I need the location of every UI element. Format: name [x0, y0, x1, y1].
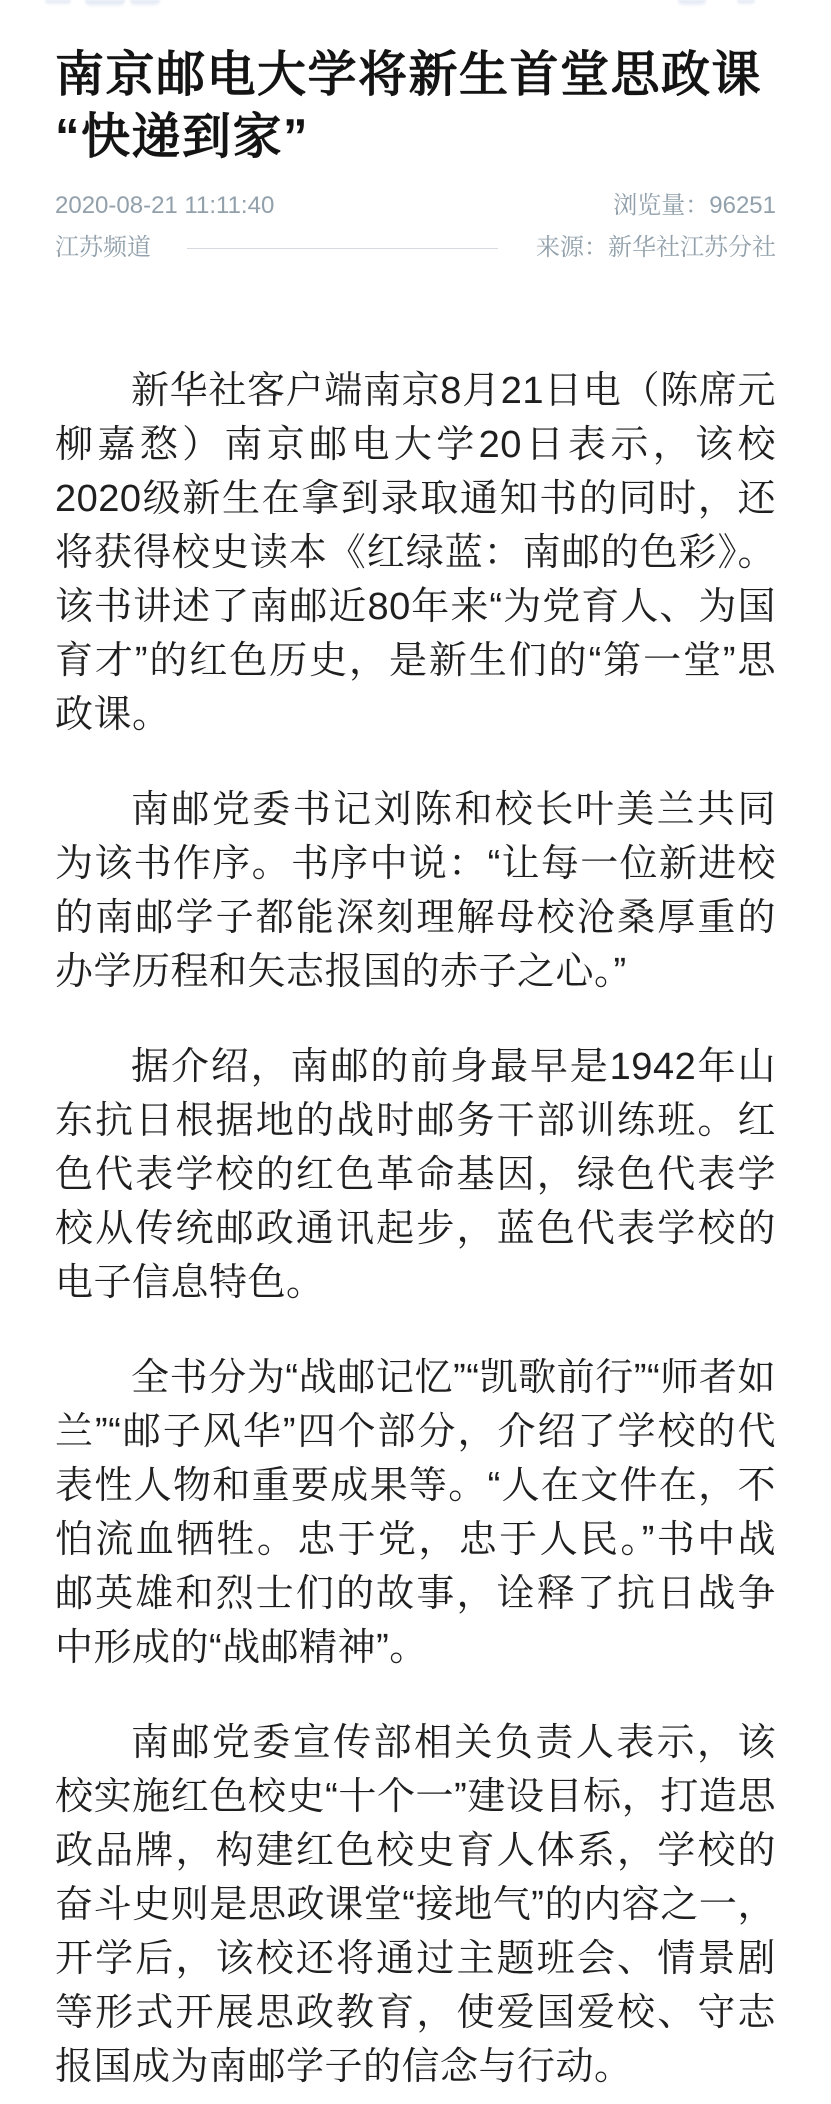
article-paragraph: 南邮党委书记刘陈和校长叶美兰共同为该书作序。书序中说：“让每一位新进校的南邮学子…: [55, 783, 776, 999]
channel-link[interactable]: 江苏频道: [55, 232, 151, 264]
view-count: 浏览量：96251: [613, 190, 776, 222]
article-title-line-2: “快递到家”: [55, 106, 776, 168]
article-paragraph: 据介绍，南邮的前身最早是1942年山东抗日根据地的战时邮务干部训练班。红色代表学…: [55, 1040, 776, 1310]
article-paragraph: 全书分为“战邮记忆”“凯歌前行”“师者如兰”“邮子风华”四个部分，介绍了学校的代…: [55, 1351, 776, 1675]
article-title: 南京邮电大学将新生首堂思政课 “快递到家”: [55, 44, 776, 168]
news-article-page: 南京邮电大学将新生首堂思政课 “快递到家” 2020-08-21 11:11:4…: [0, 0, 831, 2104]
article-body: 新华社客户端南京8月21日电（陈席元 柳嘉愗）南京邮电大学20日表示，该校202…: [55, 364, 776, 2094]
article-title-line-1: 南京邮电大学将新生首堂思政课: [55, 44, 776, 106]
article-paragraph: 南邮党委宣传部相关负责人表示，该校实施红色校史“十个一”建设目标，打造思政品牌，…: [55, 1716, 776, 2094]
article-paragraph: 新华社客户端南京8月21日电（陈席元 柳嘉愗）南京邮电大学20日表示，该校202…: [55, 364, 776, 742]
source-label: 来源：新华社江苏分社: [536, 232, 776, 264]
meta-row-channel-source: 江苏频道 来源：新华社江苏分社: [55, 232, 776, 264]
article-container: 南京邮电大学将新生首堂思政课 “快递到家” 2020-08-21 11:11:4…: [0, 0, 831, 2094]
meta-row-time-views: 2020-08-21 11:11:40 浏览量：96251: [55, 190, 776, 222]
publish-time: 2020-08-21 11:11:40: [55, 190, 274, 222]
divider-line: [187, 248, 498, 249]
article-header: 南京邮电大学将新生首堂思政课 “快递到家” 2020-08-21 11:11:4…: [55, 44, 776, 264]
